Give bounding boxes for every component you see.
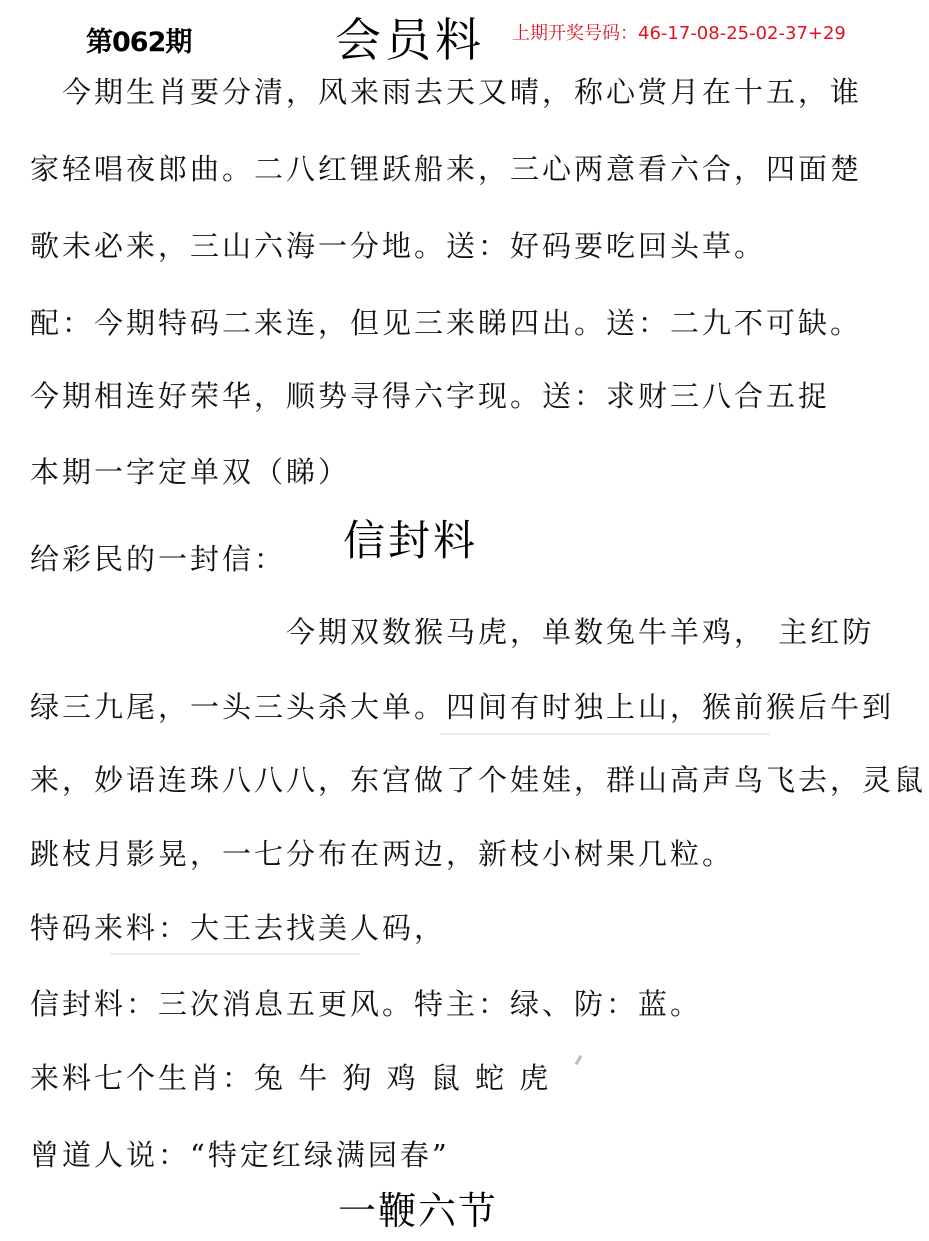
document-page: 第062期 会员料 上期开奖号码：46-17-08-25-02-37+29 今期… (0, 0, 929, 1241)
member-line-3: 歌未必来，三山六海一分地。送：好码要吃回头草。 (30, 224, 766, 265)
taoist-saying-line: 曾道人说：“特定红绿满园春” (30, 1133, 450, 1174)
last-draw-numbers: 上期开奖号码：46-17-08-25-02-37+29 (512, 19, 846, 45)
letter-line-1: 今期双数猴马虎，单数兔牛羊鸡， 主红防 (286, 610, 874, 651)
member-line-5: 今期相连好荣华，顺势寻得六字现。送：求财三八合五捉 (30, 374, 830, 415)
member-line-2: 家轻唱夜郎曲。二八红锂跃船来，三心两意看六合，四面楚 (30, 147, 862, 188)
envelope-line: 信封料：三次消息五更风。特主：绿、防：蓝。 (30, 982, 702, 1023)
scan-artifact (575, 1055, 583, 1065)
letter-line-4: 跳枝月影晃，一七分布在两边，新枝小树果几粒。 (30, 832, 734, 873)
member-line-odd-even: 本期一字定单双（睇） (30, 450, 350, 491)
closing-phrase: 一鞭六节 (338, 1180, 498, 1235)
scan-artifact (440, 733, 770, 735)
letter-line-3: 来，妙语连珠八八八，东宫做了个娃娃，群山高声鸟飞去，灵鼠 (30, 758, 926, 799)
letter-line-2: 绿三九尾，一头三头杀大单。四间有时独上山，猴前猴后牛到 (30, 685, 894, 726)
special-code-line: 特码来料：大王去找美人码， (30, 906, 446, 947)
scan-artifact (110, 953, 360, 955)
member-line-pair: 配：今期特码二来连，但见三来睇四出。送：二九不可缺。 (30, 301, 862, 342)
issue-number: 第062期 (86, 20, 191, 59)
letter-intro: 给彩民的一封信： (30, 537, 286, 578)
seven-zodiacs-line: 来料七个生肖：兔 牛 狗 鸡 鼠 蛇 虎 (30, 1056, 551, 1097)
page-title: 会员料 (335, 4, 485, 70)
section-title-envelope: 信封料 (343, 508, 478, 568)
member-line-1: 今期生肖要分清，风来雨去天又晴，称心赏月在十五，谁 (62, 70, 862, 111)
